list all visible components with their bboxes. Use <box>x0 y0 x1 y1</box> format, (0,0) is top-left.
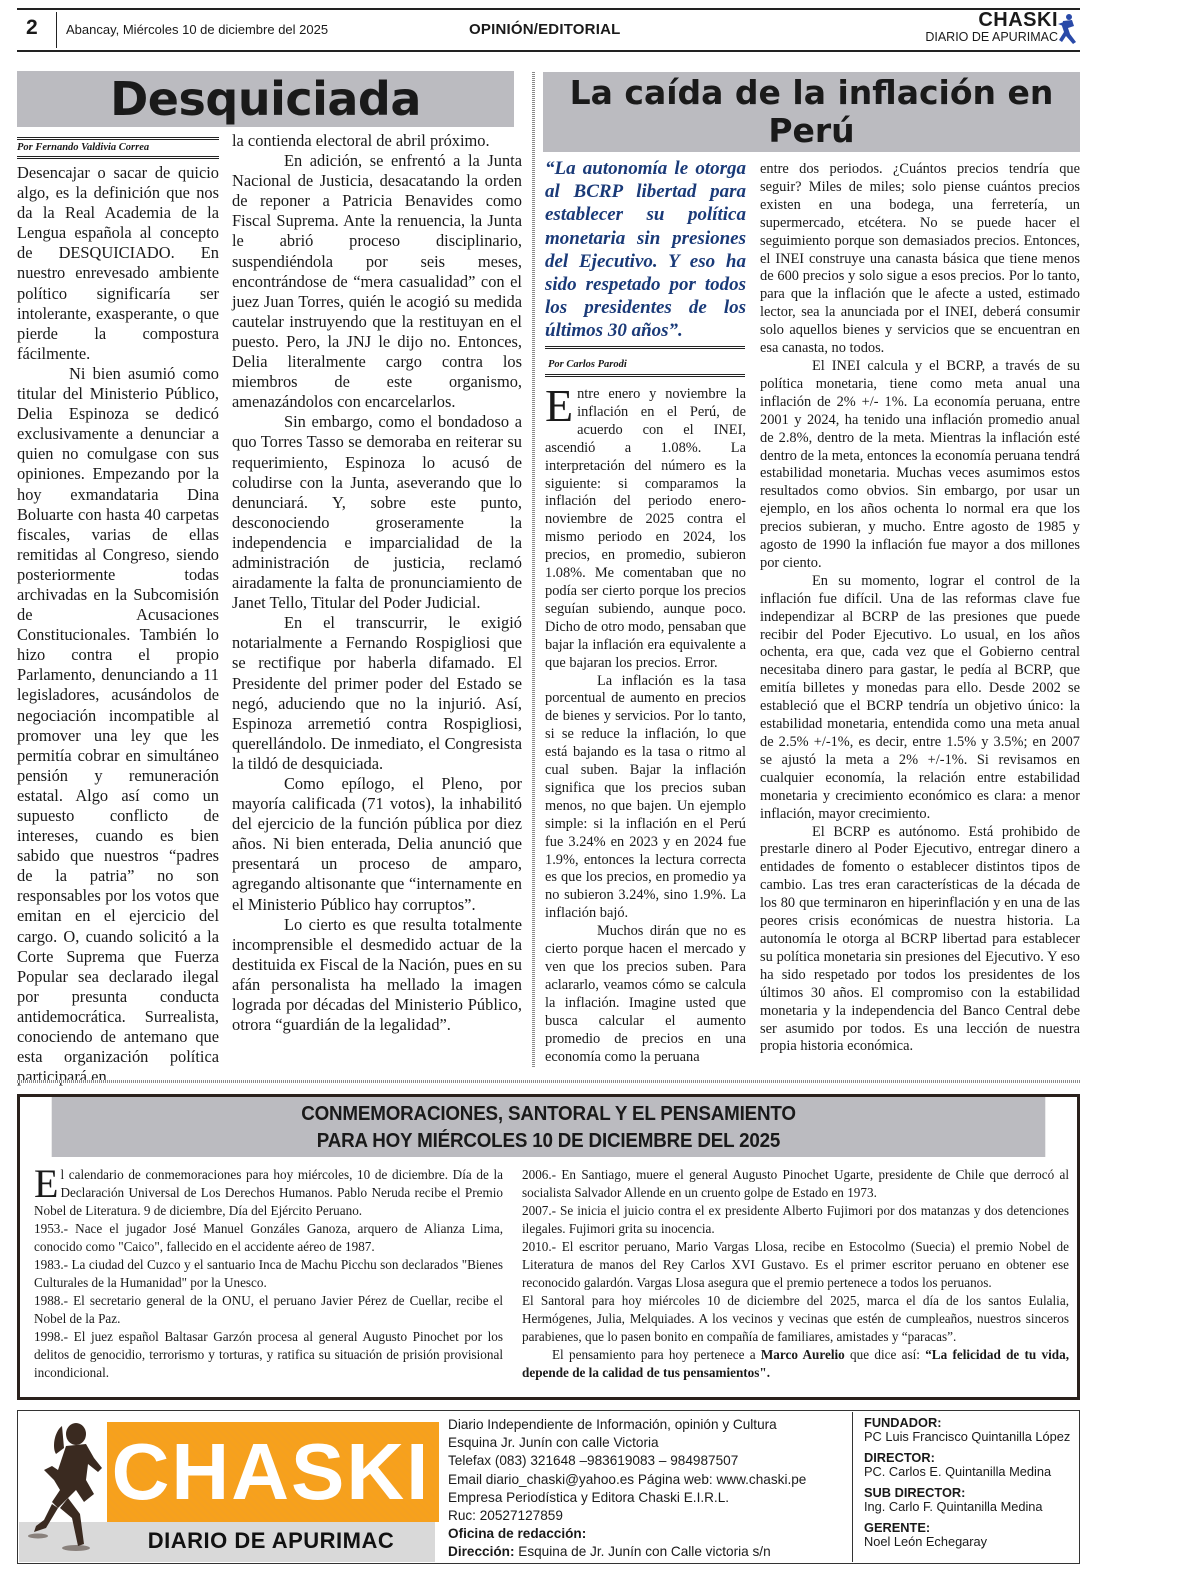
header-bottom-rule <box>17 50 1080 52</box>
paragraph: la contienda electoral de abril próximo. <box>232 131 522 151</box>
staff-list: FUNDADOR: PC Luis Francisco Quintanilla … <box>864 1416 1070 1549</box>
list-item: 1953.- Nace el jugador José Manuel Gonzá… <box>34 1220 503 1256</box>
paragraph: Como epílogo, el Pleno, por mayoría cali… <box>232 774 522 915</box>
section-name: OPINIÓN/EDITORIAL <box>469 21 620 38</box>
paragraph: Muchos dirán que no es cierto porque hac… <box>545 923 746 1066</box>
staff-name: PC Luis Francisco Quintanilla López <box>864 1430 1070 1444</box>
paragraph: La inflación es la tasa porcentual de au… <box>545 673 746 924</box>
issue-date: Abancay, Miércoles 10 de diciembre del 2… <box>66 22 328 37</box>
staff-role: DIRECTOR: <box>864 1451 1070 1465</box>
info-accent-bar <box>435 1422 439 1522</box>
staff-role: SUB DIRECTOR: <box>864 1486 1070 1500</box>
footer-logo-subtitle: DIARIO DE APURIMAC <box>107 1526 435 1556</box>
staff-name: Ing. Carlo F. Quintanilla Medina <box>864 1500 1070 1514</box>
article2-column-right: entre dos periodos. ¿Cuántos precios ten… <box>760 161 1080 1056</box>
brand-name: CHASKI <box>925 10 1058 30</box>
article1-column-right: la contienda electoral de abril próximo.… <box>232 131 522 1035</box>
article2-byline: Por Carlos Parodi <box>548 359 627 370</box>
staff-divider <box>852 1412 853 1562</box>
info-line: Diario Independiente de Información, opi… <box>448 1416 806 1434</box>
page-number: 2 <box>26 16 38 40</box>
publisher-info: Diario Independiente de Información, opi… <box>448 1416 806 1562</box>
staff-role: FUNDADOR: <box>864 1416 1070 1430</box>
paragraph: Entre enero y noviembre la inflación en … <box>545 386 746 673</box>
info-line: Empresa Periodística y Editora Chaski E.… <box>448 1489 806 1507</box>
info-line: Ruc: 20527127859 <box>448 1507 806 1525</box>
paragraph: Sin embargo, como el bondadoso a quo Tor… <box>232 412 522 613</box>
byline-rule-bottom <box>545 374 745 377</box>
paragraph: Lo cierto es que resulta totalmente inco… <box>232 915 522 1036</box>
conmemoraciones-heading: CONMEMORACIONES, SANTORAL Y EL PENSAMIEN… <box>52 1097 1046 1157</box>
thought-author: Marco Aurelio <box>761 1347 845 1362</box>
chaski-runner-icon <box>1054 12 1078 46</box>
santoral: El Santoral para hoy miércoles 10 de dic… <box>522 1292 1069 1346</box>
office-label: Oficina de redacción: <box>448 1525 806 1543</box>
list-item: 1983.- La ciudad del Cuzco y el santuari… <box>34 1256 503 1292</box>
paragraph: Ni bien asumió como titular del Minister… <box>17 364 219 1087</box>
list-item: 1988.- El secretario general de la ONU, … <box>34 1292 503 1328</box>
header-top-rule <box>17 8 1080 10</box>
paragraph: El INEI calcula y el BCRP, a través de s… <box>760 358 1080 573</box>
staff-name: PC. Carlos E. Quintanilla Medina <box>864 1465 1070 1479</box>
info-line: Telefax (083) 321648 –983619083 – 984987… <box>448 1452 806 1470</box>
paragraph: entre dos periodos. ¿Cuántos precios ten… <box>760 161 1080 358</box>
article1-column-left: Desencajar o sacar de quicio algo, es la… <box>17 163 219 1087</box>
brand-subtitle: DIARIO DE APURIMAC <box>925 30 1058 44</box>
paragraph: En su momento, lograr el control de la i… <box>760 573 1080 824</box>
footer-logo-text: CHASKI <box>107 1422 435 1522</box>
article2-column-left: Entre enero y noviembre la inflación en … <box>545 386 746 1066</box>
intro-paragraph: El calendario de conmemoraciones para ho… <box>34 1166 503 1220</box>
info-line: Email diario_chaski@yahoo.es Página web:… <box>448 1471 806 1489</box>
masthead-brand: CHASKI DIARIO DE APURIMAC <box>925 10 1058 44</box>
list-item: 2006.- En Santiago, muere el general Aug… <box>522 1166 1069 1202</box>
conmemoraciones-right: 2006.- En Santiago, muere el general Aug… <box>522 1166 1069 1382</box>
staff-role: GERENTE: <box>864 1521 1070 1535</box>
list-item: 2007.- Se inicia el juicio contra el ex … <box>522 1202 1069 1238</box>
conmemoraciones-left: El calendario de conmemoraciones para ho… <box>34 1166 503 1382</box>
byline-rule-bottom <box>17 156 219 159</box>
staff-name: Noel León Echegaray <box>864 1535 1070 1549</box>
byline-rule-top <box>545 346 745 349</box>
drop-cap: E <box>545 388 573 424</box>
info-line: Esquina Jr. Junín con calle Victoria <box>448 1434 806 1452</box>
address-line: Dirección: Esquina de Jr. Junín con Call… <box>448 1543 806 1561</box>
article1-title: Desquiciada <box>17 71 514 127</box>
list-item: 1998.- El juez español Baltasar Garzón p… <box>34 1328 503 1382</box>
thought-of-day: El pensamiento para hoy pertenece a Marc… <box>522 1346 1069 1382</box>
heading-line-2: PARA HOY MIÉRCOLES 10 DE DICIEMBRE DEL 2… <box>52 1128 1046 1155</box>
header-separator <box>56 12 57 48</box>
article1-byline: Por Fernando Valdivia Correa <box>17 142 149 153</box>
chaski-runner-icon <box>24 1418 114 1560</box>
heading-line-1: CONMEMORACIONES, SANTORAL Y EL PENSAMIEN… <box>52 1101 1046 1128</box>
section-separator <box>17 1080 1080 1083</box>
paragraph: Desencajar o sacar de quicio algo, es la… <box>17 163 219 364</box>
column-separator <box>532 72 535 1068</box>
article2-title: La caída de la inflación en Perú <box>543 72 1080 152</box>
paragraph: En el transcurrir, le exigió notarialmen… <box>232 613 522 774</box>
pull-quote: “La autonomía le otorga al BCRP libertad… <box>545 157 746 343</box>
paragraph: En adición, se enfrentó a la Junta Nacio… <box>232 151 522 412</box>
drop-cap: E <box>34 1168 58 1200</box>
list-item: 2010.- El escritor peruano, Mario Vargas… <box>522 1238 1069 1292</box>
byline-rule-top <box>17 137 219 140</box>
paragraph: El BCRP es autónomo. Está prohibido de p… <box>760 824 1080 1057</box>
